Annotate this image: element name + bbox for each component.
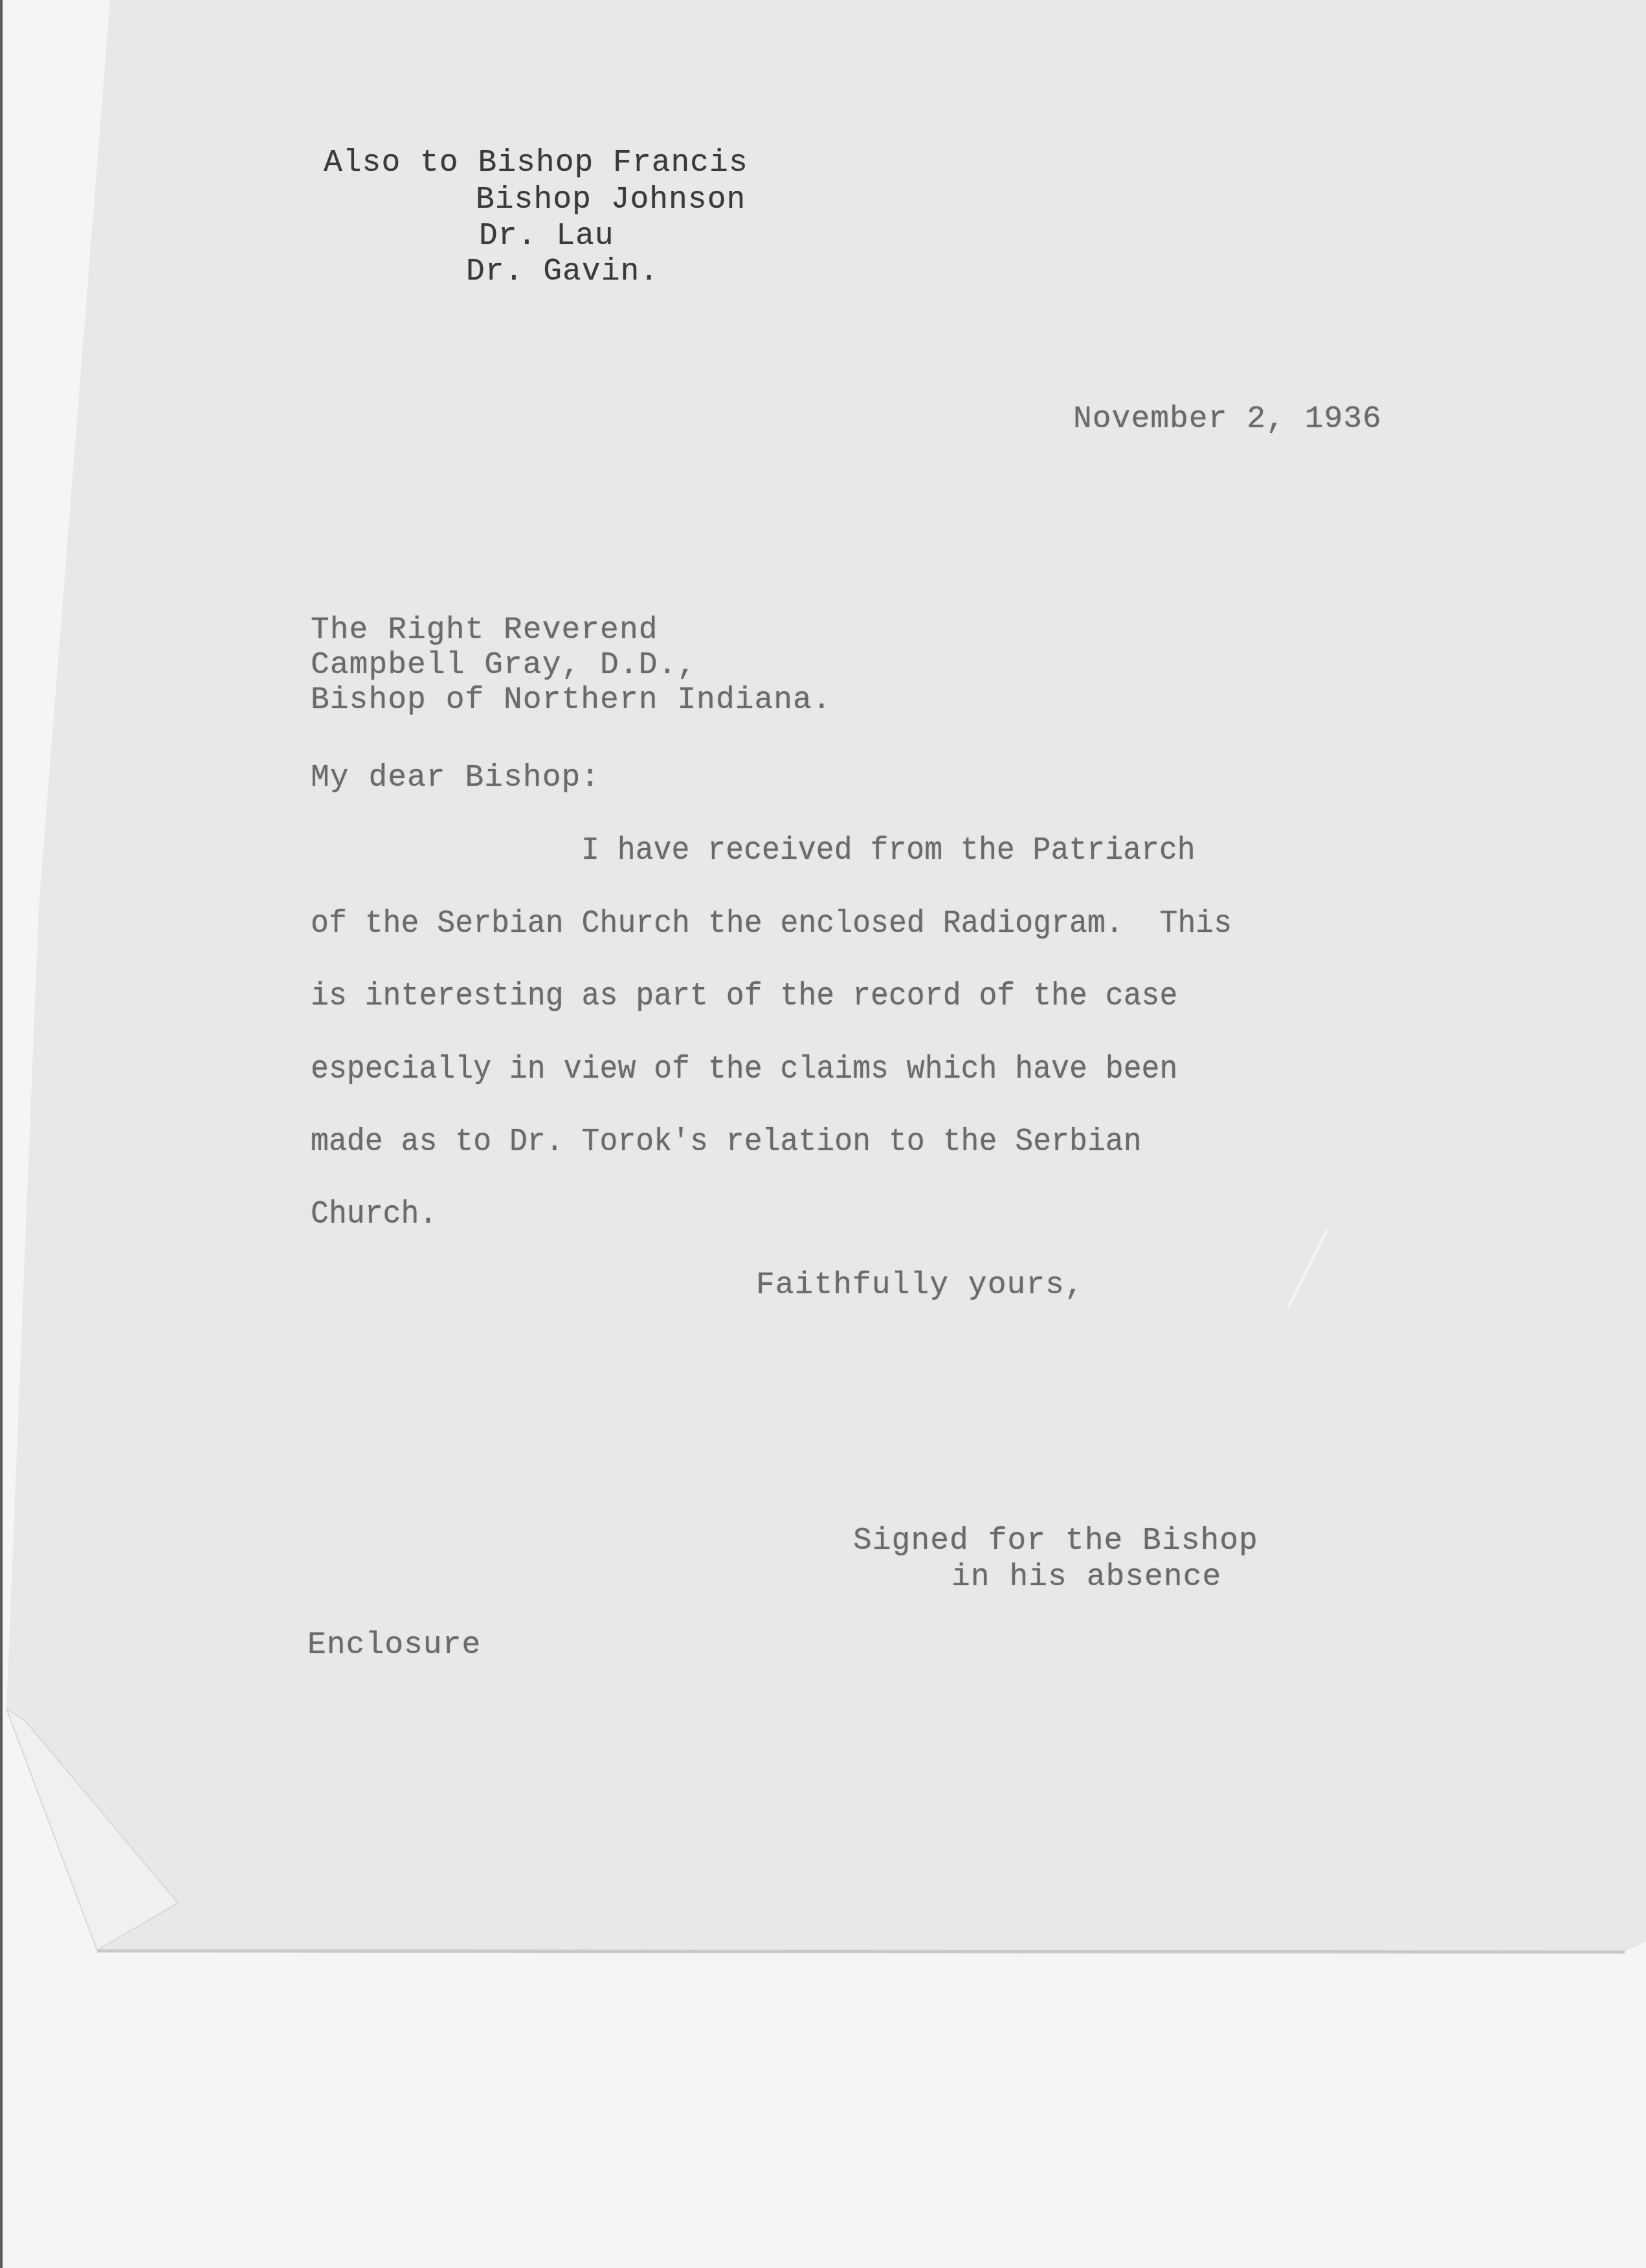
salutation: My dear Bishop:: [311, 762, 600, 794]
body-line-5: made as to Dr. Torok's relation to the S…: [311, 1126, 1142, 1159]
signature-line-1: Signed for the Bishop: [853, 1526, 1258, 1557]
signature-line-2: in his absence: [951, 1562, 1221, 1593]
addressee-line-1: The Right Reverend: [311, 615, 658, 646]
cc-line-3: Dr. Lau: [479, 221, 614, 252]
letter-date: November 2, 1936: [1073, 404, 1382, 435]
body-line-4: especially in view of the claims which h…: [311, 1054, 1177, 1086]
closing: Faithfully yours,: [756, 1270, 1084, 1301]
cc-line-1: Also to Bishop Francis: [324, 148, 748, 179]
body-line-6: Church.: [311, 1199, 437, 1231]
paper-main: [6, 0, 1646, 1951]
addressee-line-2: Campbell Gray, D.D.,: [311, 650, 696, 681]
body-line-1: I have received from the Patriarch: [581, 835, 1196, 867]
cc-line-2: Bishop Johnson: [476, 184, 746, 216]
enclosure-note: Enclosure: [307, 1630, 481, 1661]
body-line-2: of the Serbian Church the enclosed Radio…: [311, 908, 1232, 940]
cc-line-4: Dr. Gavin.: [466, 256, 659, 287]
addressee-line-3: Bishop of Northern Indiana.: [311, 685, 832, 716]
body-line-3: is interesting as part of the record of …: [311, 981, 1177, 1013]
